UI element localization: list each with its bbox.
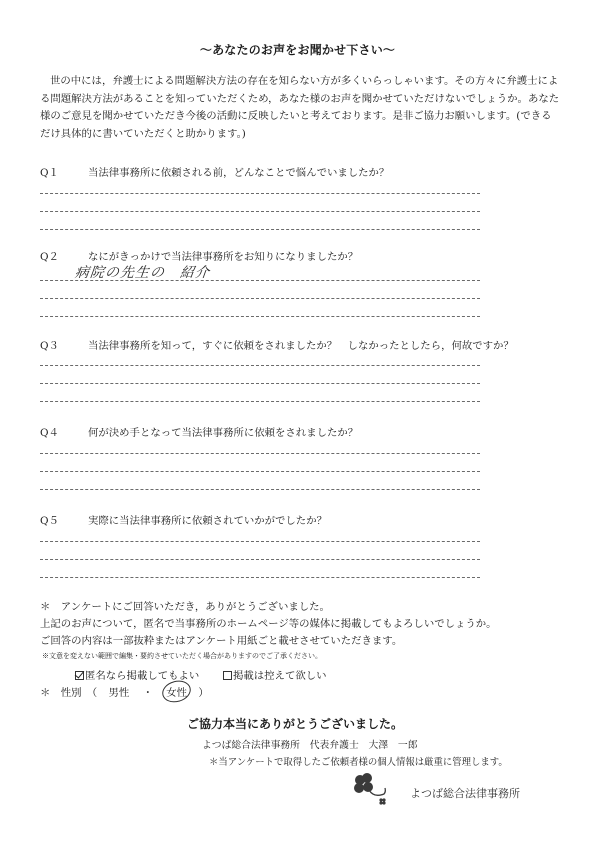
- answer-line[interactable]: [40, 471, 480, 472]
- answer-line[interactable]: [40, 229, 480, 230]
- option-label: 掲載は控えて欲しい: [233, 670, 327, 682]
- question-text: 当法律事務所に依頼される前，どんなことで悩んでいましたか？: [88, 164, 389, 179]
- footer-signature: よつば総合法律事務所 代表弁護士 大澤 一郎: [202, 737, 418, 751]
- question-number: Q１: [40, 164, 59, 179]
- answer-line[interactable]: [40, 541, 480, 542]
- question-text: なにがきっかけで当法律事務所をお知りになりましたか？: [88, 248, 358, 263]
- gender-separator: ・: [143, 687, 153, 699]
- page-title: ～あなたのお声をお聞かせ下さい～: [0, 41, 595, 58]
- answer-line[interactable]: [40, 559, 480, 560]
- answer-line[interactable]: [40, 489, 480, 490]
- answer-line[interactable]: [40, 383, 480, 384]
- gender-suffix: ）: [198, 687, 208, 699]
- thanks-note: ＊ アンケートにご回答いただき，ありがとうございました。: [40, 598, 330, 613]
- handwritten-answer: 病院の先生の 紹介: [74, 262, 211, 282]
- answer-line[interactable]: [40, 577, 480, 578]
- question-number: Q４: [40, 424, 59, 439]
- answer-line[interactable]: [40, 453, 480, 454]
- gender-field: ＊ 性別 （ 男性 ・ 女性 ）: [40, 684, 209, 699]
- question-number: Q３: [40, 337, 59, 352]
- intro-text: 世の中には，弁護士による問題解決方法の存在を知らない方が多くいらっしゃいます。そ…: [40, 73, 560, 143]
- answer-line[interactable]: [40, 211, 480, 212]
- footer-thanks: ご協力本当にありがとうございました。: [187, 715, 403, 732]
- gender-female-selected[interactable]: 女性: [166, 684, 187, 699]
- answer-line[interactable]: [40, 316, 480, 317]
- checkbox-icon[interactable]: [223, 671, 232, 680]
- answer-line[interactable]: [40, 193, 480, 194]
- answer-line[interactable]: [40, 280, 480, 281]
- publish-detail: ご回答の内容は一部抜粋またはアンケート用紙ごと載せさせていただきます。: [40, 632, 402, 647]
- answer-line[interactable]: [40, 365, 480, 366]
- answer-line[interactable]: [40, 298, 480, 299]
- publish-question: 上記のお声について，匿名で当事務所のホームページ等の媒体に掲載してもよろしいでし…: [40, 615, 497, 630]
- question-text: 実際に当法律事務所に依頼されていかがでしたか？: [88, 512, 327, 527]
- four-leaf-clover-icon: [352, 772, 402, 808]
- gender-female-label: 女性: [166, 687, 187, 699]
- firm-logo-text: よつば総合法律事務所: [410, 785, 520, 801]
- answer-line[interactable]: [40, 401, 480, 402]
- gender-prefix: ＊ 性別 （: [40, 687, 97, 699]
- question-number: Q５: [40, 512, 59, 527]
- publish-option-decline[interactable]: 掲載は控えて欲しい: [223, 667, 327, 682]
- question-text: 当法律事務所を知って，すぐに依頼をされましたか？ しなかったとしたら，何故ですか…: [88, 337, 514, 352]
- question-number: Q２: [40, 248, 59, 263]
- intro-paragraph: 世の中には，弁護士による問題解決方法の存在を知らない方が多くいらっしゃいます。そ…: [40, 73, 560, 143]
- question-text: 何が決め手となって当法律事務所に依頼をされましたか？: [88, 424, 358, 439]
- privacy-note: ＊当アンケートで取得したご依頼者様の個人情報は厳重に管理します。: [209, 754, 508, 768]
- edit-note: ※文意を変えない範囲で編集・要約させていただく場合がありますのでご了承ください。: [42, 651, 322, 661]
- gender-male[interactable]: 男性: [108, 687, 129, 699]
- checkbox-checked-icon[interactable]: [75, 671, 84, 680]
